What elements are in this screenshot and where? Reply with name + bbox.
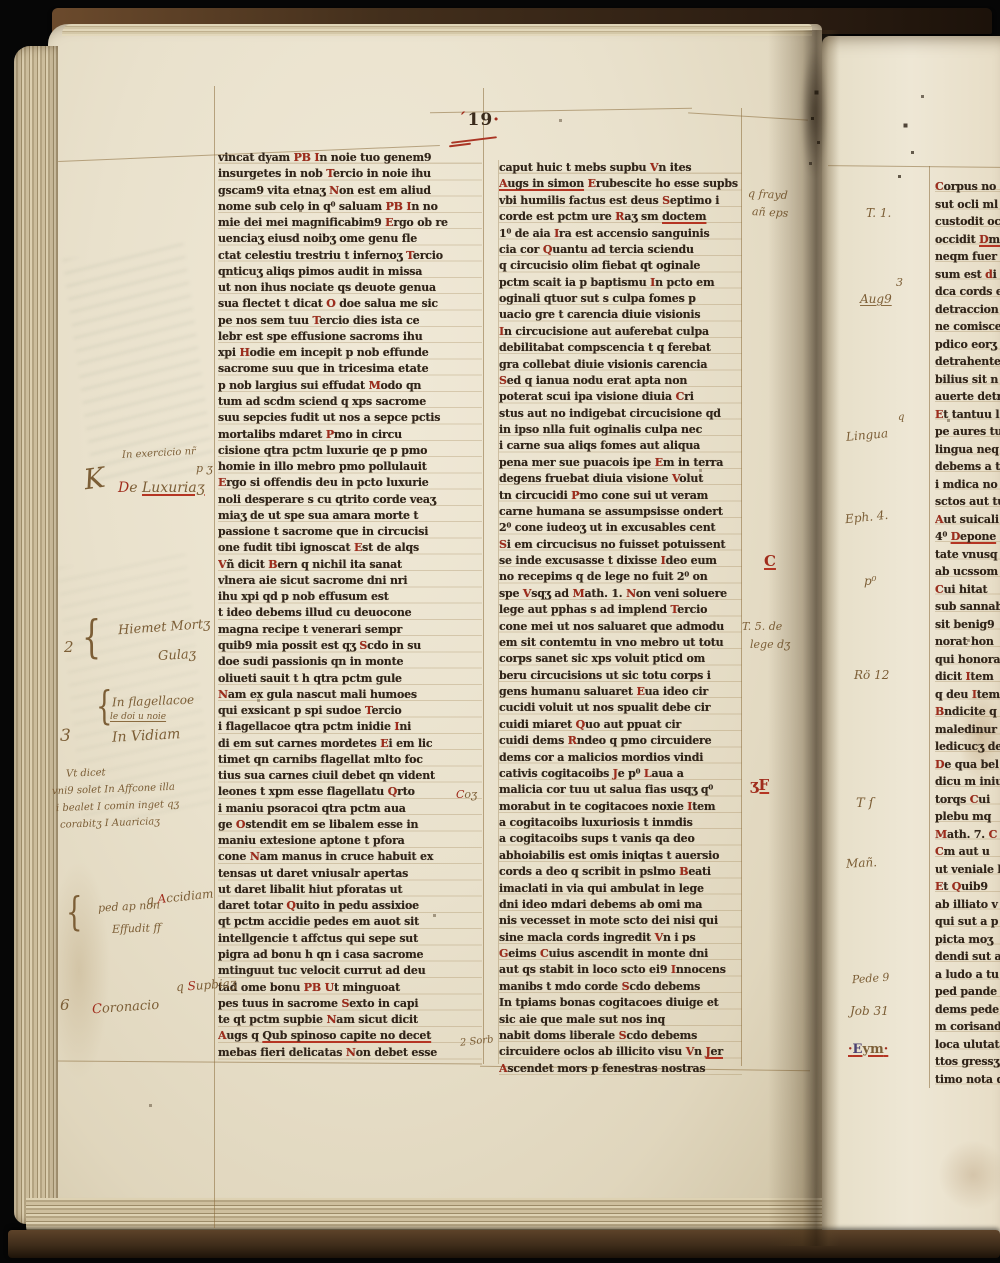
manuscript-text-line: q circucisio olim fiebat qt oginale	[499, 258, 742, 274]
manuscript-text-line: a cogitacoibs sups t vanis qa deo	[499, 831, 742, 847]
manuscript-text-line: no recepims q de lege no fuit 2⁰ on	[499, 569, 742, 585]
page-ruling	[929, 166, 930, 1088]
manuscript-text-line: ne comisce	[935, 318, 1000, 336]
manuscript-text-line: one fudit tibi ignoscat Est de alqs	[218, 540, 482, 556]
manuscript-text-line: noli desperare s cu qtrito corde veaʒ	[218, 492, 482, 508]
manuscript-text-line: maledinur	[935, 721, 1000, 739]
manuscript-text-line: cuidi dems Rndeo q pmo circuidere	[499, 733, 742, 749]
manuscript-text-line: manibs t mdo corde Scdo debems	[499, 979, 742, 995]
page-ruling	[214, 86, 215, 1228]
manuscript-text-line: i maniu psoracoi qtra pctm aua	[218, 801, 482, 817]
manuscript-text-line: carne humana se assumpsisse ondert	[499, 504, 742, 520]
manuscript-text-line: Ascendet mors p fenestras nostras	[499, 1061, 742, 1077]
manuscript-text-line: t ideo debems illud cu deuocone	[218, 605, 482, 621]
manuscript-text-line: cia cor Quantu ad tercia sciendu	[499, 242, 742, 258]
manuscript-text-line: lingua neq	[935, 441, 1000, 459]
manuscript-text-line: intellgencie t affctus qui sepe sut	[218, 931, 482, 947]
manuscript-text-line: mortalibs mdaret Pmo in circu	[218, 427, 482, 443]
manuscript-text-line: homie in illo mebro pmo pollulauit	[218, 459, 482, 475]
left-page-column-1: vincat dyam PB In noie tuo genem9insurge…	[218, 150, 482, 1062]
manuscript-text-line: caput huic t mebs supbu Vn ites	[499, 160, 742, 176]
manuscript-text-line: pena mer sue puacois ipe Em in terra	[499, 455, 742, 471]
manuscript-text-line: stus aut no indigebat circucisione qd	[499, 406, 742, 422]
margin-brace: {	[66, 891, 83, 936]
margin-note-coz: Coʒ	[456, 788, 477, 801]
manuscript-text-line: poterat scui ipa visione diuia Cri	[499, 389, 742, 405]
manuscript-text-line: Math. 7. C	[935, 826, 1000, 844]
manuscript-text-line: Si em circucisus no fuisset potuissent	[499, 537, 742, 553]
manuscript-text-line: sctos aut tu	[935, 493, 1000, 511]
manuscript-text-line: cisione qtra pctm luxurie qe p pmo	[218, 443, 482, 459]
manuscript-text-line: qui honora	[935, 651, 1000, 669]
manuscript-text-line: beru circucisions ut sic totu corps i	[499, 668, 742, 684]
manuscript-text-line: mie dei mei magnificabim9 Ergo ob re	[218, 215, 482, 231]
manuscript-text-line: Cm aut u	[935, 843, 1000, 861]
manuscript-text-line: Et tantuu l	[935, 406, 1000, 424]
manuscript-text-line: dems cor a malicios mordios vindi	[499, 750, 742, 766]
gutter-note-job31: Job 31	[850, 1004, 889, 1018]
manuscript-text-line: corde est pctm ure Raʒ sm doctem	[499, 209, 742, 225]
gutter-note-mar: Mañ.	[846, 855, 878, 871]
manuscript-text-line: loca ulutata	[935, 1036, 1000, 1054]
manuscript-text-line: sua flectet t dicat O doe salua me sic	[218, 296, 482, 312]
manuscript-text-line: ut veniale l	[935, 861, 1000, 879]
margin-brace: {	[96, 685, 113, 730]
manuscript-text-line: spe Vsqʒ ad Math. 1. Non veni soluere	[499, 586, 742, 602]
manuscript-text-line: Bndicite q	[935, 703, 1000, 721]
manuscript-text-line: bilius sit n	[935, 371, 1000, 389]
manuscript-text-line: sine macla cords ingredit Vn i ps	[499, 930, 742, 946]
manuscript-text-line: lebr est spe effusione sacroms ihu	[218, 329, 482, 345]
manuscript-text-line: pdico eorʒ	[935, 336, 1000, 354]
manuscript-text-line: sic aie que male sut nos inq	[499, 1012, 742, 1028]
margin-number-3: 3	[60, 726, 71, 746]
manuscript-text-line: suu sepcies fudit ut nos a sepce pctis	[218, 410, 482, 426]
manuscript-text-line: custodit oc	[935, 213, 1000, 231]
margin-note-t5-lege: lege dʒ	[750, 638, 790, 651]
manuscript-text-line: Augs in simon Erubescite ho esse supbs	[499, 176, 742, 192]
manuscript-text-line: sut ocli ml	[935, 196, 1000, 214]
manuscript-text-line: a ludo a tu	[935, 966, 1000, 984]
manuscript-text-line: nis vecesset in mote scto dei nisi qui	[499, 913, 742, 929]
gutter-note-pede: Pede 9	[852, 971, 890, 987]
manuscript-text-line: gscam9 vita etnaʒ Non est em aliud	[218, 183, 482, 199]
margin-brace: {	[82, 611, 101, 664]
manuscript-text-line: neqm fuer	[935, 248, 1000, 266]
manuscript-text-line: pigra ad bonu h qn i casa sacrome	[218, 947, 482, 963]
manuscript-text-line: qui sut a p	[935, 913, 1000, 931]
manuscript-text-line: Nam ex gula nascut mali humoes	[218, 687, 482, 703]
margin-note-effudit: Effudit ff	[112, 921, 162, 936]
manuscript-text-line: nabit doms liberale Scdo debems	[499, 1028, 742, 1044]
manuscript-text-line: In tpiams bonas cogitacoes diuige et	[499, 995, 742, 1011]
manuscript-text-line: gra collebat diuie visionis carencia	[499, 357, 742, 373]
bottom-binding-edge	[8, 1230, 1000, 1258]
manuscript-text-line: cone Nam manus in cruce habuit ex	[218, 849, 482, 865]
left-page-column-2: caput huic t mebs supbu Vn itesAugs in s…	[499, 160, 742, 1078]
manuscript-text-line: vincat dyam PB In noie tuo genem9	[218, 150, 482, 166]
manuscript-text-line: i flagellacoe qtra pctm inidie Ini	[218, 719, 482, 735]
manuscript-text-line: ledicucʒ dei	[935, 738, 1000, 756]
page-stack-left-edge	[14, 46, 58, 1224]
manuscript-text-line: pctm scait ia p baptismu In pcto em	[499, 275, 742, 291]
page-ruling	[483, 88, 484, 1064]
manuscript-text-line: daret totar Quito in pedu assixioe	[218, 898, 482, 914]
manuscript-text-line: Cui hitat	[935, 581, 1000, 599]
manuscript-text-line: quib9 mia possit est qʒ Scdo in su	[218, 638, 482, 654]
margin-note-exercicio: p ʒ	[196, 462, 213, 475]
manuscript-text-line: norat hon	[935, 633, 1000, 651]
parchment-specks	[0, 0, 1, 1]
manuscript-text-line: se inde excusasse t dixisse Ideo eum	[499, 553, 742, 569]
manuscript-text-line: dca cords e	[935, 283, 1000, 301]
manuscript-text-line: pe aures tu	[935, 423, 1000, 441]
manuscript-text-line: qt pctm accidie pedes em auot sit	[218, 914, 482, 930]
manuscript-text-line: 4⁰ Depone	[935, 528, 1000, 546]
manuscript-text-line: plebu mq	[935, 808, 1000, 826]
manuscript-text-line: oliueti sauit t h qtra pctm gule	[218, 671, 482, 687]
manuscript-text-line: tum ad scdm sciend q xps sacrome	[218, 394, 482, 410]
gutter-note-t1: T. 1.	[866, 206, 891, 220]
manuscript-text-line: corps sanet sic xps voluit pticd om	[499, 651, 742, 667]
manuscript-text-line: picta moʒ	[935, 931, 1000, 949]
manuscript-text-line: Ergo si offendis deu in pcto luxurie	[218, 475, 482, 491]
manuscript-text-line: torqs Cui	[935, 791, 1000, 809]
manuscript-text-line: mebas fieri delicatas Non debet esse	[218, 1045, 482, 1061]
manuscript-text-line: lege aut pphas s ad implend Tercio	[499, 602, 742, 618]
manuscript-text-line: ut daret libalit hiut pforatas ut	[218, 882, 482, 898]
margin-number-6: 6	[60, 996, 70, 1014]
manuscript-text-line: ab illiato v	[935, 896, 1000, 914]
manuscript-text-line: insurgetes in nob Tercio in noie ihu	[218, 166, 482, 182]
manuscript-text-line: a cogitacoibs luxuriosis t inmdis	[499, 815, 742, 831]
manuscript-text-line: Aut suicali	[935, 511, 1000, 529]
manuscript-text-line: m corisand	[935, 1018, 1000, 1036]
manuscript-text-line: circuidere oclos ab illicito visu Vn Jer	[499, 1044, 742, 1060]
manuscript-text-line: cativis cogitacoibs Je p⁰ Laua a	[499, 766, 742, 782]
manuscript-text-line: ttos gressʒ	[935, 1053, 1000, 1071]
manuscript-text-line: i mdica no	[935, 476, 1000, 494]
margin-note-flagellacione-sub: le doi u noie	[110, 712, 166, 722]
manuscript-text-line: q deu Item	[935, 686, 1000, 704]
page-stack-top-edge	[62, 24, 812, 36]
manuscript-book-photo: ´19· vincat dyam PB In noie tuo genem9in…	[0, 0, 1000, 1263]
margin-note-t5-lege: T. 5. de	[742, 620, 782, 633]
right-page-column: Corpus nosut ocli mlcustodit ococcidit D…	[935, 178, 1000, 1090]
gutter-note-ro12: Rö 12	[854, 668, 889, 682]
manuscript-text-line: 1⁰ de aia Ira est accensio sanguinis	[499, 226, 742, 242]
manuscript-text-line: tate vnusq	[935, 546, 1000, 564]
manuscript-text-line: sub sannab	[935, 598, 1000, 616]
manuscript-text-line: uenciaʒ eiusd noibʒ ome genu fle	[218, 231, 482, 247]
fold-stain	[800, 48, 828, 178]
gutter-note-augustinus: Aug9	[860, 292, 892, 306]
manuscript-text-line: tensas ut daret vniusalr apertas	[218, 866, 482, 882]
folio-number: ´19·	[458, 110, 500, 130]
manuscript-text-line: ped pande	[935, 983, 1000, 1001]
manuscript-text-line: sum est di	[935, 266, 1000, 284]
manuscript-text-line: di em sut carnes mordetes Ei em lic	[218, 736, 482, 752]
manuscript-text-line: em sit contemtu in vno mebro ut totu	[499, 635, 742, 651]
manuscript-text-line: timet qn carnibs flagellat mlto foc	[218, 752, 482, 768]
manuscript-text-line: Augs q Qub spinoso capite no decet	[218, 1028, 482, 1044]
margin-note-flagellacione: In flagellacoe	[112, 693, 195, 710]
manuscript-text-line: ge Ostendit em se libalem esse in	[218, 817, 482, 833]
manuscript-text-line: timo nota q	[935, 1071, 1000, 1089]
manuscript-text-line: Geims Cuius ascendit in monte dni	[499, 946, 742, 962]
manuscript-text-line: Vñ dicit Bern q nichil ita sanat	[218, 557, 482, 573]
gutter-note-po: p⁰	[864, 574, 877, 588]
manuscript-text-line: i carne sua aliqs fomes aut aliqua	[499, 438, 742, 454]
manuscript-text-line: sit benig9	[935, 616, 1000, 634]
margin-number-2: 2	[64, 638, 74, 656]
manuscript-text-line: ihu xpi qd p nob effusum est	[218, 589, 482, 605]
margin-initial-k: K	[82, 461, 107, 497]
manuscript-text-line: pe nos sem tuu Tercio dies ista ce	[218, 313, 482, 329]
manuscript-text-line: nome sub celo in q⁰ saluam PB In no	[218, 199, 482, 215]
manuscript-text-line: tn circucidi Pmo cone sui ut veram	[499, 488, 742, 504]
manuscript-text-line: magna recipe t venerari sempr	[218, 622, 482, 638]
margin-rubric-c: C	[764, 552, 776, 570]
margin-rubric-mark: ʒF	[750, 776, 769, 794]
manuscript-text-line: oginali qtuor sut s culpa fomes p	[499, 291, 742, 307]
manuscript-text-line: dems pede	[935, 1001, 1000, 1019]
manuscript-text-line: 2⁰ cone iudeoʒ ut in excusables cent	[499, 520, 742, 536]
manuscript-text-line: qnticuʒ aliqs pimos audit in missa	[218, 264, 482, 280]
margin-note-gula: Gulaʒ	[158, 647, 197, 664]
manuscript-text-line: sacrome suu que in tricesima etate	[218, 361, 482, 377]
manuscript-text-line: cone mei ut nos saluaret que admodu	[499, 619, 742, 635]
manuscript-text-line: debilitabat compscencia t q ferebat	[499, 340, 742, 356]
manuscript-text-line: morabut in te cogitacoes noxie Item	[499, 799, 742, 815]
manuscript-text-line: ab ucssom	[935, 563, 1000, 581]
manuscript-text-line: miaʒ de ut spe sua amara morte t	[218, 508, 482, 524]
manuscript-text-line: cucidi voluit ut nos spualit debe cir	[499, 700, 742, 716]
manuscript-text-line: occidit Dm	[935, 231, 1000, 249]
manuscript-text-line: p nob largius sui effudat Modo qn	[218, 378, 482, 394]
manuscript-text-line: vbi humilis factus est deus Septimo i	[499, 193, 742, 209]
gutter-note-ts: T ſ	[856, 796, 874, 811]
margin-note-de-luxuria: De Luxuriaʒ	[118, 480, 205, 496]
manuscript-text-line: dicit Item	[935, 668, 1000, 686]
manuscript-text-line: passione t sacrome que in circucisi	[218, 524, 482, 540]
manuscript-text-line: tad ome bonu PB Ut minguoat	[218, 980, 482, 996]
manuscript-text-line: ut non ihus nociate qs deuote genua	[218, 280, 482, 296]
manuscript-text-line: dni ideo mdari debems ab omi ma	[499, 897, 742, 913]
manuscript-text-line: qui exsicant p spi sudoe Tercio	[218, 703, 482, 719]
manuscript-text-line: uacio gre t carencia diuie visionis	[499, 307, 742, 323]
manuscript-text-line: aut qs stabit in loco scto ei9 Innocens	[499, 962, 742, 978]
manuscript-text-line: cuidi miaret Quo aut ppuat cir	[499, 717, 742, 733]
manuscript-text-line: imaclati in via qui ambulat in lege	[499, 881, 742, 897]
manuscript-text-line: In circucisione aut auferebat culpa	[499, 324, 742, 340]
manuscript-text-line: debems a tu	[935, 458, 1000, 476]
manuscript-text-line: vlnera aie sicut sacrome dni nri	[218, 573, 482, 589]
manuscript-text-line: cords a deo q scribit in pslmo Beati	[499, 864, 742, 880]
manuscript-text-line: te qt pctm supbie Nam sicut dicit	[218, 1012, 482, 1028]
margin-note-fray: q frayd	[748, 187, 788, 202]
manuscript-text-line: ctat celestiu trestriu t infernoʒ Tercio	[218, 248, 482, 264]
manuscript-text-line: dendi sut a	[935, 948, 1000, 966]
gutter-note-q: q	[898, 412, 904, 423]
manuscript-text-line: in ipso nlla fuit oginalis culpa nec	[499, 422, 742, 438]
manuscript-text-line: leones t xpm esse flagellatu Qrto	[218, 784, 482, 800]
manuscript-text-line: gens humanu saluaret Eua ideo cir	[499, 684, 742, 700]
manuscript-text-line: pes tuus in sacrome Sexto in capi	[218, 996, 482, 1012]
manuscript-text-line: auerte detr	[935, 388, 1000, 406]
manuscript-text-line: degens fruebat diuia visione Volut	[499, 471, 742, 487]
manuscript-text-line: detraccion	[935, 301, 1000, 319]
manuscript-text-line: tius sua carnes ciuil debet qn vident	[218, 768, 482, 784]
manuscript-text-line: malicia cor tuu ut salua fias usqʒ q⁰	[499, 782, 742, 798]
manuscript-text-line: Et Quib9	[935, 878, 1000, 896]
manuscript-text-line: maniu extesione aptone t pfora	[218, 833, 482, 849]
manuscript-text-line: Corpus no	[935, 178, 1000, 196]
manuscript-text-line: xpi Hodie em incepit p nob effunde	[218, 345, 482, 361]
manuscript-text-line: dicu m iniu	[935, 773, 1000, 791]
manuscript-text-line: abhoiabilis est omis iniqtas t auersio	[499, 848, 742, 864]
gutter-note-3: 3	[896, 276, 903, 289]
margin-note-vt: Vt dicet	[66, 767, 106, 779]
manuscript-text-line: Sed q ianua nodu erat apta non	[499, 373, 742, 389]
margin-note-fray: añ eps	[752, 205, 789, 220]
manuscript-text-line: De qua bel	[935, 756, 1000, 774]
manuscript-text-line: mtinguut tuc velocit currut ad deu	[218, 963, 482, 979]
gutter-note-exm: ·Eym·	[848, 1042, 888, 1057]
manuscript-text-line: doe sudi passionis qn in monte	[218, 654, 482, 670]
manuscript-text-line: detrahente	[935, 353, 1000, 371]
